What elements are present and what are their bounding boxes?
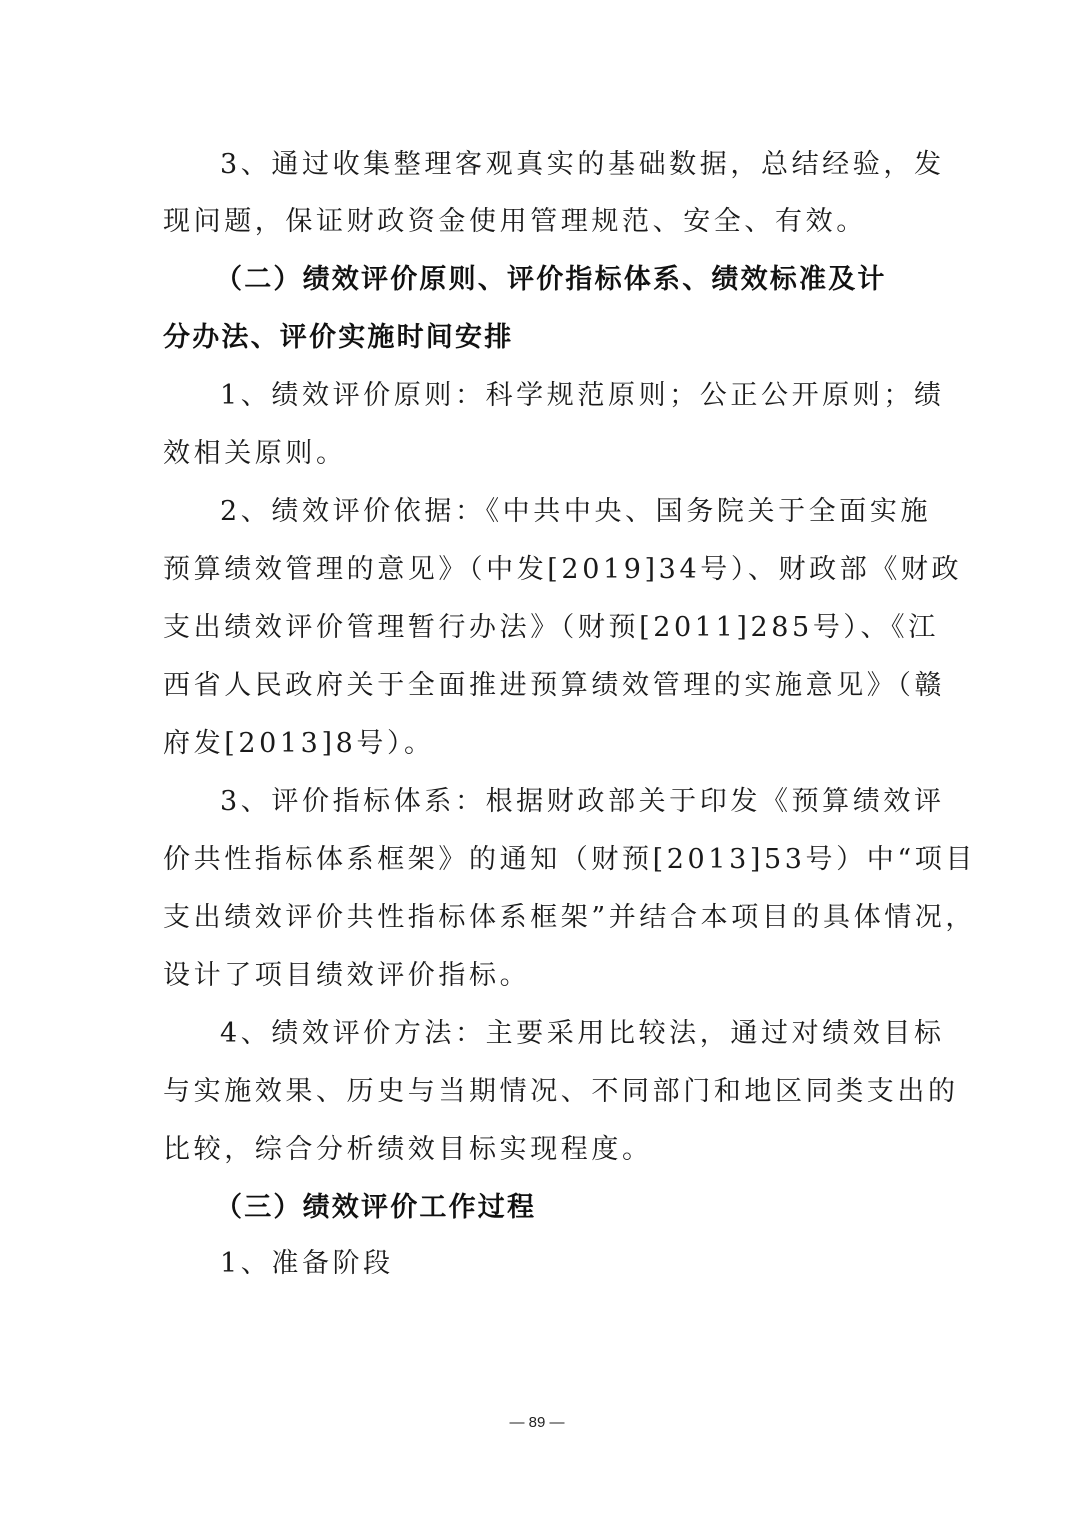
paragraph-objective-3-line-2: 现问题，保证财政资金使用管理规范、安全、有效。 (163, 205, 867, 239)
document-page: 3、通过收集整理客观真实的基础数据，总结经验，发 现问题，保证财政资金使用管理规… (0, 0, 1074, 1520)
paragraph-basis-line-4: 西省人民政府关于全面推进预算绩效管理的实施意见》（赣 (163, 669, 945, 703)
paragraph-basis-line-2: 预算绩效管理的意见》（中发[2019]34号）、财政部《财政 (163, 553, 962, 587)
page-number: — 89 — (0, 1414, 1074, 1431)
paragraph-indicator-system-line-4: 设计了项目绩效评价指标。 (163, 959, 530, 993)
paragraph-method-line-2: 与实施效果、历史与当期情况、不同部门和地区同类支出的 (163, 1075, 959, 1109)
paragraph-method-line-3: 比较，综合分析绩效目标实现程度。 (163, 1133, 653, 1167)
paragraph-preparation-stage: 1、准备阶段 (220, 1247, 394, 1281)
section-3-heading: （三）绩效评价工作过程 (215, 1191, 536, 1225)
section-2-heading-line-2: 分办法、评价实施时间安排 (163, 321, 513, 355)
paragraph-principles-line-1: 1、绩效评价原则：科学规范原则；公正公开原则；绩 (220, 379, 945, 413)
paragraph-indicator-system-line-3: 支出绩效评价共性指标体系框架”并结合本项目的具体情况， (163, 901, 976, 935)
paragraph-principles-line-2: 效相关原则。 (163, 437, 347, 471)
section-2-heading-line-1: （二）绩效评价原则、评价指标体系、绩效标准及计 (215, 263, 887, 297)
paragraph-basis-line-3: 支出绩效评价管理暂行办法》（财预[2011]285号）、《江 (163, 611, 939, 645)
paragraph-indicator-system-line-2: 价共性指标体系框架》的通知（财预[2013]53号）中“项目 (163, 843, 976, 877)
paragraph-objective-3-line-1: 3、通过收集整理客观真实的基础数据，总结经验，发 (220, 148, 945, 182)
paragraph-method-line-1: 4、绩效评价方法：主要采用比较法，通过对绩效目标 (220, 1017, 945, 1051)
paragraph-basis-line-1: 2、绩效评价依据：《中共中央、国务院关于全面实施 (220, 495, 931, 529)
paragraph-indicator-system-line-1: 3、评价指标体系：根据财政部关于印发《预算绩效评 (220, 785, 945, 819)
paragraph-basis-line-5: 府发[2013]8号）。 (163, 727, 435, 761)
